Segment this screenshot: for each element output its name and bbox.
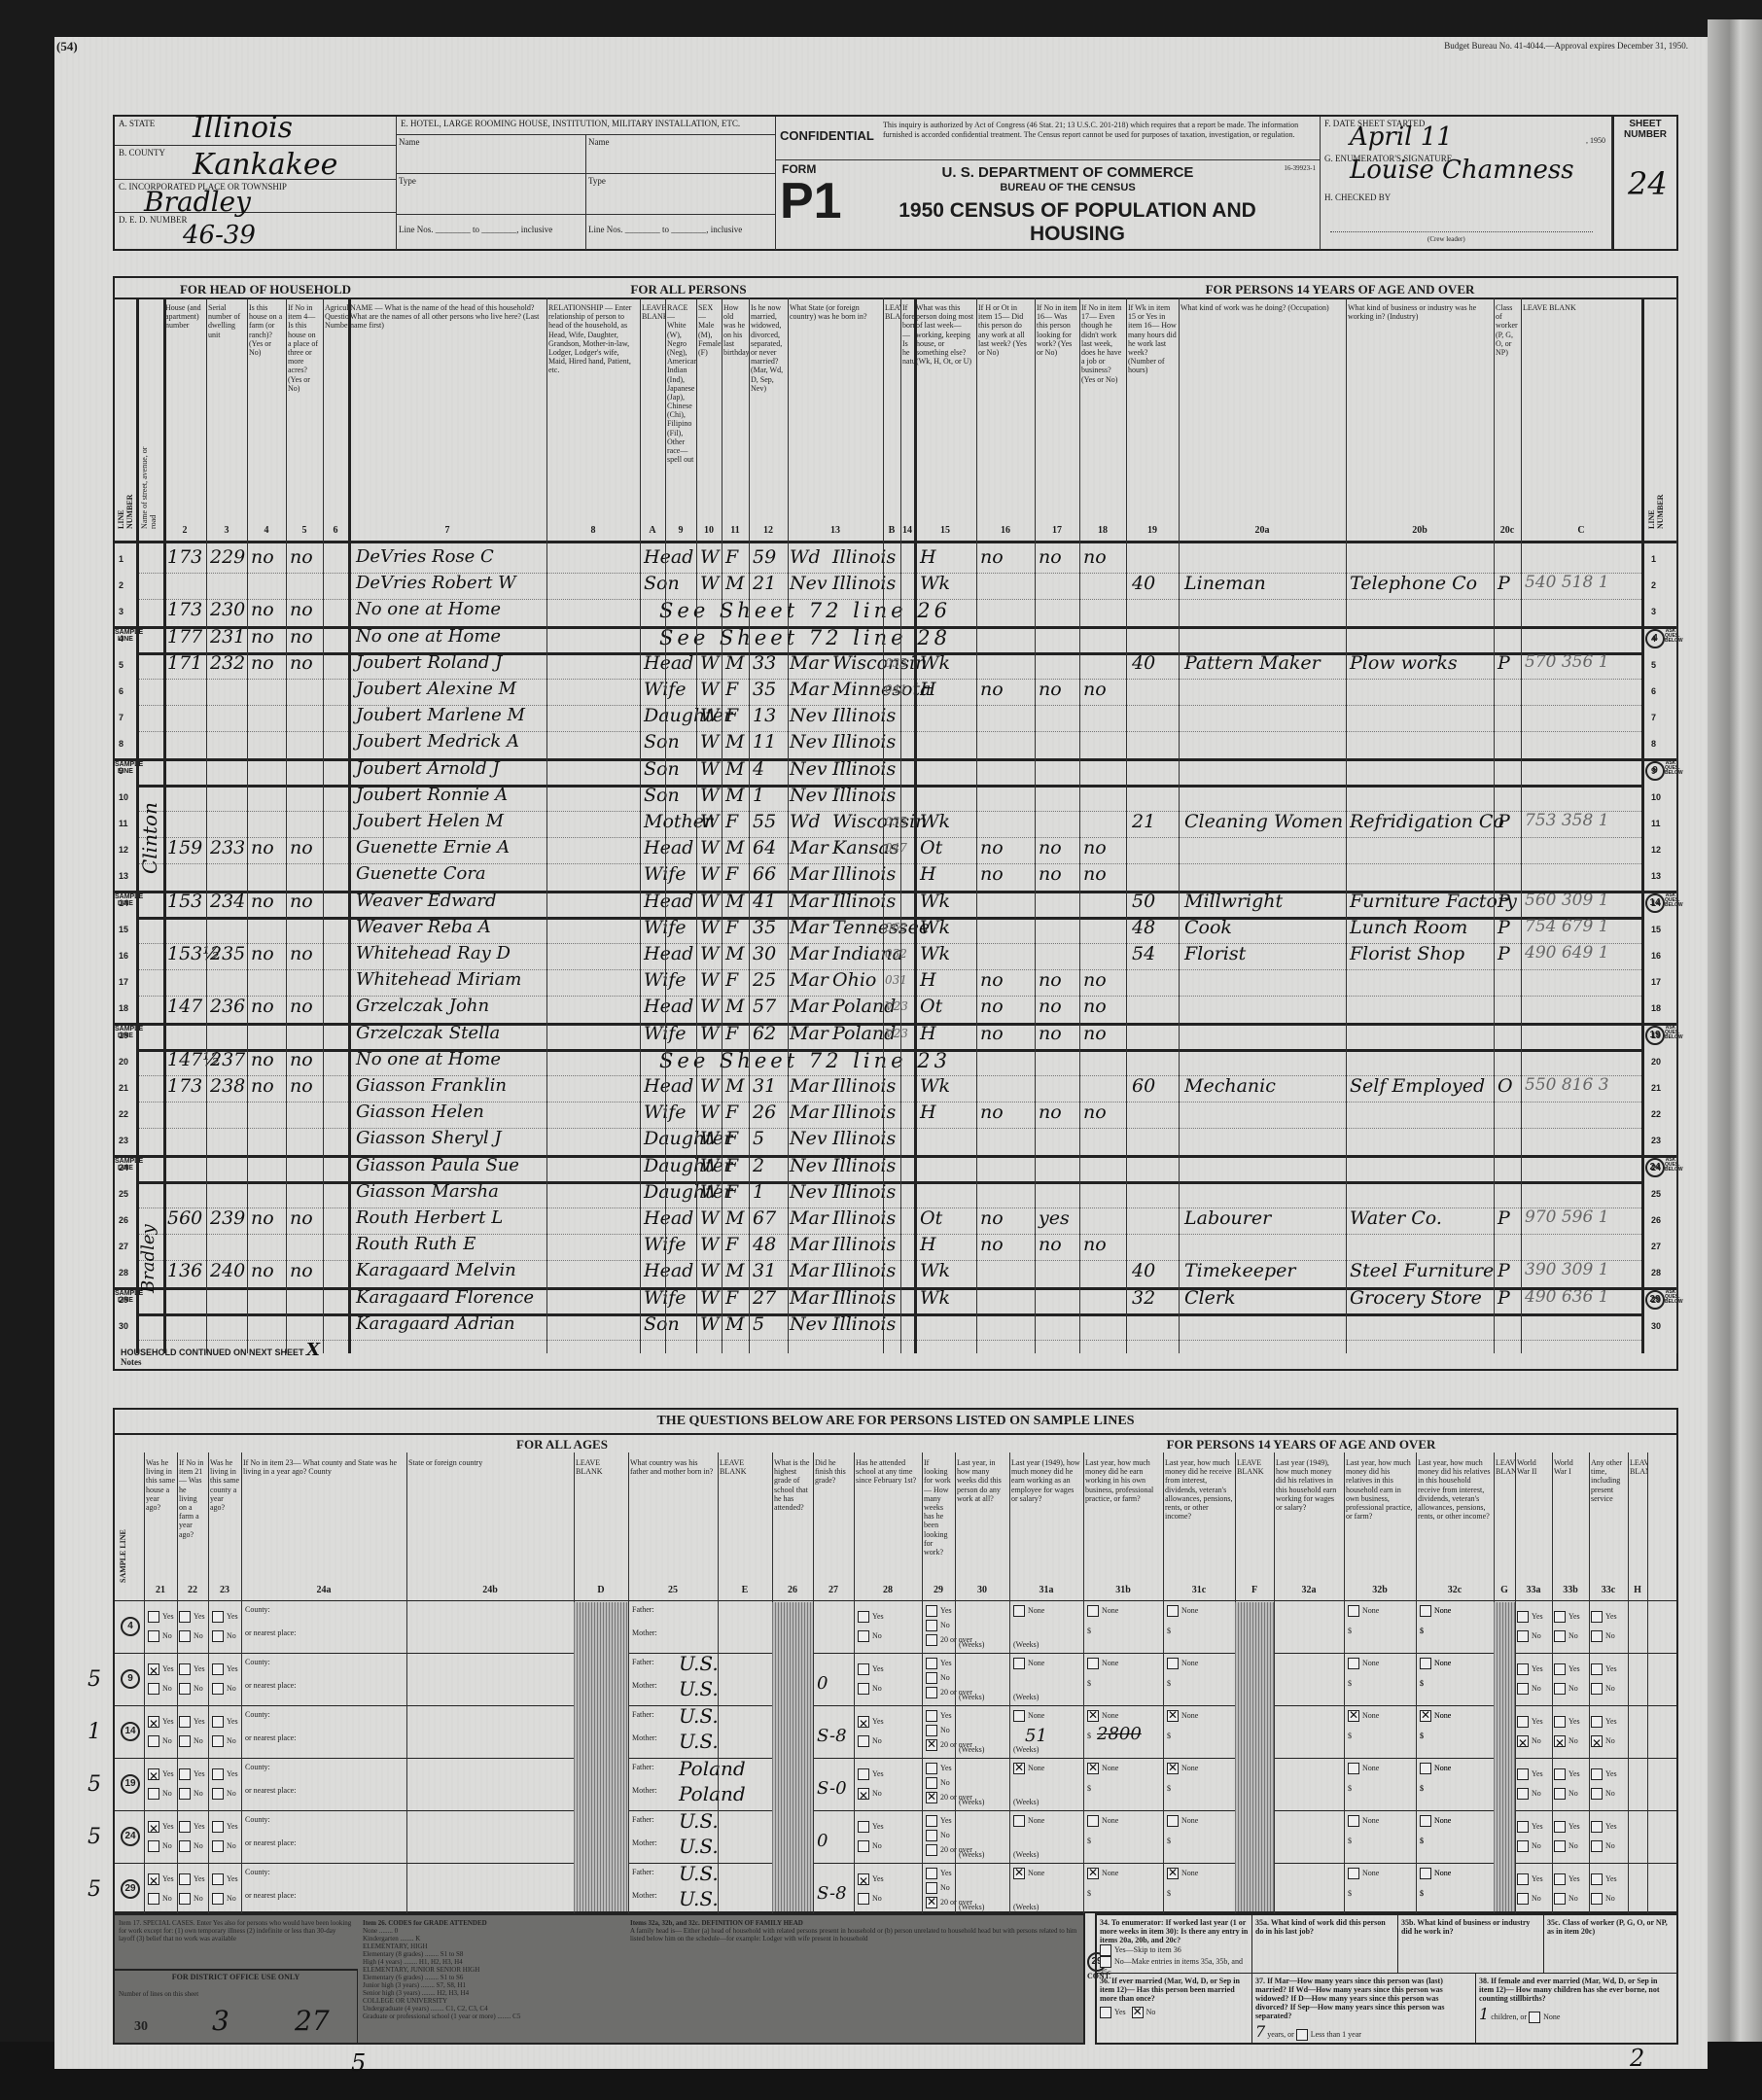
race: W xyxy=(700,1313,720,1335)
yes-no-checkbox-group[interactable]: YesNo xyxy=(179,1607,205,1646)
yes-checkbox[interactable] xyxy=(1517,1611,1529,1623)
income-none-group[interactable]: None xyxy=(1348,1815,1379,1827)
no-checkbox[interactable] xyxy=(212,1840,224,1852)
income-none-group[interactable]: None xyxy=(1420,1605,1451,1617)
looking-for-work: no xyxy=(1039,1023,1062,1044)
column-number: 11 xyxy=(722,525,749,536)
armed-forces-group[interactable]: YesNo xyxy=(1517,1712,1543,1751)
yes-checkbox[interactable] xyxy=(179,1821,191,1833)
yes-no-checkbox-group[interactable]: YesNo xyxy=(212,1607,238,1646)
no-checkbox[interactable] xyxy=(1554,1630,1566,1642)
yes-checkbox[interactable] xyxy=(179,1768,191,1780)
none-checkbox[interactable] xyxy=(1013,1710,1025,1722)
no-checkbox[interactable] xyxy=(148,1840,159,1852)
column-number: 4 xyxy=(247,525,286,536)
school-yes-checkbox[interactable] xyxy=(926,1710,937,1722)
lower-column-number: 31b xyxy=(1083,1585,1163,1595)
finish-yes-checkbox[interactable] xyxy=(858,1716,869,1728)
income-none-group[interactable]: None xyxy=(1013,1605,1044,1617)
column-divider xyxy=(348,297,351,1353)
none-checkbox[interactable] xyxy=(1420,1763,1431,1774)
yes-no-checkbox-group[interactable]: YesNo xyxy=(148,1712,174,1751)
yes-no-checkbox-group[interactable]: YesNo xyxy=(148,1817,174,1856)
income-none-group[interactable]: None xyxy=(1167,1605,1198,1617)
birthplace-code: 035 xyxy=(885,815,907,828)
sex: F xyxy=(725,863,738,885)
income-none-group[interactable]: None xyxy=(1420,1763,1451,1774)
income-none-group[interactable]: None xyxy=(1348,1605,1379,1617)
no-checkbox[interactable] xyxy=(1554,1788,1566,1800)
armed-forces-group[interactable]: YesNo xyxy=(1554,1712,1580,1751)
school-20-over-checkbox[interactable] xyxy=(926,1792,937,1803)
activity: H xyxy=(920,969,936,991)
yes-checkbox[interactable] xyxy=(1591,1821,1603,1833)
school-no-checkbox[interactable] xyxy=(926,1882,937,1894)
none-checkbox[interactable] xyxy=(1013,1605,1025,1617)
yes-checkbox[interactable] xyxy=(1554,1768,1566,1780)
armed-forces-group[interactable]: YesNo xyxy=(1591,1712,1617,1751)
income-none-group[interactable]: None xyxy=(1087,1605,1118,1617)
finish-no-checkbox[interactable] xyxy=(858,1630,869,1642)
school-no-checkbox[interactable] xyxy=(926,1830,937,1841)
income-none-group[interactable]: None xyxy=(1348,1710,1379,1722)
none-checkbox[interactable] xyxy=(1420,1710,1431,1722)
none-label: None xyxy=(1434,1659,1451,1667)
none-checkbox[interactable] xyxy=(1420,1815,1431,1827)
house-number: 177 xyxy=(167,626,202,647)
no-checkbox[interactable] xyxy=(1591,1683,1603,1695)
yes-checkbox[interactable] xyxy=(212,1611,224,1623)
activity: H xyxy=(920,863,936,885)
yes-no-checkbox-group[interactable]: YesNo xyxy=(148,1607,174,1646)
worked-last-week: no xyxy=(980,969,1004,991)
lower-column-number: 27 xyxy=(813,1585,854,1595)
no-checkbox[interactable] xyxy=(179,1893,191,1905)
yes-checkbox[interactable] xyxy=(1554,1663,1566,1675)
none-checkbox[interactable] xyxy=(1013,1868,1025,1879)
none-checkbox[interactable] xyxy=(1348,1658,1359,1669)
looking-for-work: no xyxy=(1039,1234,1062,1255)
income-none-group[interactable]: None xyxy=(1167,1815,1198,1827)
yes-checkbox[interactable] xyxy=(1517,1821,1529,1833)
no-checkbox[interactable] xyxy=(148,1788,159,1800)
armed-forces-group[interactable]: YesNo xyxy=(1517,1817,1543,1856)
income-none-group[interactable]: None xyxy=(1013,1868,1044,1879)
yes-checkbox[interactable] xyxy=(148,1821,159,1833)
school-20-over-checkbox[interactable] xyxy=(926,1844,937,1856)
census-title: 1950 CENSUS OF POPULATION AND HOUSING xyxy=(863,199,1291,246)
yes-checkbox[interactable] xyxy=(179,1873,191,1885)
mother-birthplace: U.S. xyxy=(679,1835,719,1858)
armed-forces-group[interactable]: YesNo xyxy=(1591,1870,1617,1908)
armed-forces-group[interactable]: YesNo xyxy=(1554,1870,1580,1908)
class-of-worker: P xyxy=(1498,652,1510,674)
yes-no-checkbox-group[interactable]: YesNo xyxy=(179,1870,205,1908)
lower-column-header: Last year (1949), how much money did he … xyxy=(1009,1456,1083,1581)
yes-checkbox[interactable] xyxy=(1591,1716,1603,1728)
column-number: B xyxy=(883,525,900,536)
no-label: No xyxy=(227,1894,236,1903)
birthplace: Illinois xyxy=(832,1102,896,1123)
lower-column-number: 30 xyxy=(955,1585,1009,1595)
no-checkbox[interactable] xyxy=(179,1840,191,1852)
no-checkbox[interactable] xyxy=(212,1735,224,1747)
income-none-group[interactable]: None xyxy=(1087,1763,1118,1774)
income-none-group[interactable]: None xyxy=(1167,1763,1198,1774)
line-number-right: 30 xyxy=(1651,1321,1661,1331)
income-none-group[interactable]: None xyxy=(1420,1710,1451,1722)
school-yes-checkbox[interactable] xyxy=(926,1658,937,1669)
none-checkbox[interactable] xyxy=(1167,1605,1179,1617)
yes-label: Yes xyxy=(227,1717,238,1726)
none-label: None xyxy=(1181,1816,1198,1825)
yes-checkbox[interactable] xyxy=(212,1873,224,1885)
none-checkbox[interactable] xyxy=(1087,1605,1099,1617)
yes-checkbox[interactable] xyxy=(212,1821,224,1833)
father-label: Father: xyxy=(632,1658,654,1666)
income-none-group[interactable]: None xyxy=(1348,1868,1379,1879)
no-checkbox[interactable] xyxy=(1554,1840,1566,1852)
finish-grade-group[interactable]: YesNo xyxy=(858,1660,884,1698)
line-number: 21 xyxy=(119,1083,128,1093)
no-checkbox[interactable] xyxy=(1517,1630,1529,1642)
none-checkbox[interactable] xyxy=(1167,1868,1179,1879)
yes-checkbox[interactable] xyxy=(1517,1873,1529,1885)
dwelling-serial: 229 xyxy=(210,546,245,568)
armed-forces-group[interactable]: YesNo xyxy=(1517,1660,1543,1698)
yes-no-checkbox-group[interactable]: YesNo xyxy=(212,1870,238,1908)
yes-checkbox[interactable] xyxy=(212,1716,224,1728)
finish-grade-group[interactable]: YesNo xyxy=(858,1607,884,1646)
column-header: Is he now married, widowed, divorced, se… xyxy=(749,301,788,521)
yes-label: Yes xyxy=(227,1612,238,1621)
weeks-label: (Weeks) xyxy=(1013,1693,1039,1701)
none-checkbox[interactable] xyxy=(1348,1710,1359,1722)
birthplace: Illinois xyxy=(832,1181,896,1203)
armed-forces-group[interactable]: YesNo xyxy=(1554,1817,1580,1856)
income-none-group[interactable]: None xyxy=(1087,1815,1118,1827)
no-label: No xyxy=(194,1684,203,1693)
yes-label: Yes xyxy=(227,1769,238,1778)
q34-yes-checkbox[interactable] xyxy=(1100,1944,1111,1956)
marital-status: Nev xyxy=(790,573,828,594)
column-number: C xyxy=(1521,525,1641,536)
no-checkbox[interactable] xyxy=(148,1893,159,1905)
q36-no-checkbox[interactable] xyxy=(1132,2007,1144,2018)
line-number-label-right: LINE NUMBER xyxy=(1645,472,1674,531)
none-checkbox[interactable] xyxy=(1167,1763,1179,1774)
sample-line-tag: SAMPLE LINE xyxy=(115,1290,136,1304)
dwelling-serial: 237 xyxy=(210,1049,245,1070)
sex: F xyxy=(725,1287,738,1309)
form-code: 16-39923-1 xyxy=(1284,164,1316,172)
finish-grade-group[interactable]: YesNo xyxy=(858,1765,884,1803)
school-yes-checkbox[interactable] xyxy=(926,1763,937,1774)
yes-no-checkbox-group[interactable]: YesNo xyxy=(179,1712,205,1751)
finish-yes-checkbox[interactable] xyxy=(858,1768,869,1780)
income-none-group[interactable]: None xyxy=(1420,1658,1451,1669)
yes-no-checkbox-group[interactable]: YesNo xyxy=(148,1765,174,1803)
school-no-checkbox[interactable] xyxy=(926,1672,937,1684)
line-number: 12 xyxy=(119,845,128,855)
weeks-label: (Weeks) xyxy=(959,1798,984,1806)
no-checkbox[interactable] xyxy=(1591,1735,1603,1747)
income-none-group[interactable]: None xyxy=(1013,1763,1044,1774)
none-checkbox[interactable] xyxy=(1087,1763,1099,1774)
armed-forces-group[interactable]: YesNo xyxy=(1517,1607,1543,1646)
none-checkbox[interactable] xyxy=(1348,1605,1359,1617)
income-none-group[interactable]: None xyxy=(1167,1868,1198,1879)
finish-grade-group[interactable]: YesNo xyxy=(858,1817,884,1856)
no-checkbox[interactable] xyxy=(179,1683,191,1695)
continued-checkbox[interactable]: X xyxy=(306,1340,320,1360)
yes-checkbox[interactable] xyxy=(148,1716,159,1728)
column-divider xyxy=(1628,1452,1629,1913)
yes-label: Yes xyxy=(1568,1769,1580,1778)
finish-grade-group[interactable]: YesNo xyxy=(858,1712,884,1751)
occupation: Timekeeper xyxy=(1184,1260,1296,1281)
none-checkbox[interactable] xyxy=(1087,1868,1099,1879)
dollar-line: $ xyxy=(1420,1784,1424,1793)
armed-forces-group[interactable]: YesNo xyxy=(1591,1765,1617,1803)
yes-checkbox[interactable] xyxy=(179,1716,191,1728)
school-yes-checkbox[interactable] xyxy=(926,1605,937,1617)
none-checkbox[interactable] xyxy=(1013,1815,1025,1827)
yes-no-checkbox-group[interactable]: YesNo xyxy=(148,1660,174,1698)
yes-checkbox[interactable] xyxy=(148,1873,159,1885)
grade-codes: Item 26. CODES for GRADE ATTENDED None .… xyxy=(363,1919,616,2020)
income-none-group[interactable]: None xyxy=(1348,1763,1379,1774)
no-checkbox[interactable] xyxy=(179,1788,191,1800)
none-checkbox[interactable] xyxy=(1348,1815,1359,1827)
none-checkbox[interactable] xyxy=(1167,1815,1179,1827)
race: W xyxy=(700,1207,720,1229)
finish-no-checkbox[interactable] xyxy=(858,1683,869,1695)
none-checkbox[interactable] xyxy=(1348,1763,1359,1774)
yes-label: Yes xyxy=(1532,1769,1543,1778)
race: W xyxy=(700,1234,720,1255)
school-20-over-checkbox[interactable] xyxy=(926,1687,937,1698)
looking-for-work: no xyxy=(1039,969,1062,991)
armed-forces-group[interactable]: YesNo xyxy=(1554,1607,1580,1646)
finish-no-checkbox[interactable] xyxy=(858,1735,869,1747)
school-20-over-checkbox[interactable] xyxy=(926,1897,937,1908)
school-no-checkbox[interactable] xyxy=(926,1725,937,1736)
armed-forces-group[interactable]: YesNo xyxy=(1591,1660,1617,1698)
yes-no-checkbox-group[interactable]: YesNo xyxy=(179,1660,205,1698)
no-checkbox[interactable] xyxy=(1517,1735,1529,1747)
line-number: 13 xyxy=(119,871,128,881)
income-none-group[interactable]: None xyxy=(1087,1868,1118,1879)
no-checkbox[interactable] xyxy=(1554,1683,1566,1695)
dwelling-serial: 238 xyxy=(210,1075,245,1097)
farm-answer: no xyxy=(251,1207,274,1229)
income-none-group[interactable]: None xyxy=(1013,1658,1044,1669)
marital-status: Mar xyxy=(790,1023,828,1044)
yes-label: Yes xyxy=(872,1664,884,1673)
armed-forces-group[interactable]: YesNo xyxy=(1517,1870,1543,1908)
no-checkbox[interactable] xyxy=(1554,1735,1566,1747)
none-checkbox[interactable] xyxy=(1420,1605,1431,1617)
none-checkbox[interactable] xyxy=(1167,1658,1179,1669)
weeks-label: (Weeks) xyxy=(1013,1745,1039,1754)
yes-no-checkbox-group[interactable]: YesNo xyxy=(212,1817,238,1856)
yes-checkbox[interactable] xyxy=(212,1768,224,1780)
yes-checkbox[interactable] xyxy=(148,1768,159,1780)
no-checkbox[interactable] xyxy=(148,1630,159,1642)
marital-status: Mar xyxy=(790,996,828,1017)
income-none-group[interactable]: None xyxy=(1087,1710,1118,1722)
lower-column-header: Last year, how much money did his relati… xyxy=(1416,1456,1494,1581)
no-checkbox[interactable] xyxy=(148,1735,159,1747)
sample-questions-title: THE QUESTIONS BELOW ARE FOR PERSONS LIST… xyxy=(115,1414,1676,1429)
weeks-label: (Weeks) xyxy=(959,1693,984,1701)
none-checkbox[interactable] xyxy=(1087,1710,1099,1722)
column-number: 16 xyxy=(976,525,1035,536)
none-checkbox[interactable] xyxy=(1013,1763,1025,1774)
line-number: 8 xyxy=(119,739,123,749)
race: W xyxy=(700,1155,720,1176)
line-number: 30 xyxy=(119,1321,128,1331)
street-name-clinton: Clinton xyxy=(138,566,161,1110)
person-name: Guenette Ernie A xyxy=(356,837,510,857)
none-checkbox[interactable] xyxy=(1087,1658,1099,1669)
no-checkbox[interactable] xyxy=(212,1893,224,1905)
income-none-group[interactable]: None xyxy=(1420,1815,1451,1827)
armed-forces-group[interactable]: YesNo xyxy=(1591,1817,1617,1856)
sex: F xyxy=(725,969,738,991)
no-checkbox[interactable] xyxy=(1591,1840,1603,1852)
finish-yes-checkbox[interactable] xyxy=(858,1873,869,1885)
marital-status: Mar xyxy=(790,863,828,885)
q38-none-checkbox[interactable] xyxy=(1529,2012,1540,2023)
income-none-group[interactable]: None xyxy=(1087,1658,1118,1669)
no-checkbox[interactable] xyxy=(212,1788,224,1800)
income-none-group[interactable]: None xyxy=(1167,1658,1198,1669)
yes-checkbox[interactable] xyxy=(1591,1873,1603,1885)
income-none-group[interactable]: None xyxy=(1420,1868,1451,1879)
yes-checkbox[interactable] xyxy=(1591,1663,1603,1675)
finish-yes-checkbox[interactable] xyxy=(858,1663,869,1675)
lower-column-number: 32c xyxy=(1416,1585,1494,1595)
weeks-label: (Weeks) xyxy=(959,1640,984,1649)
no-checkbox[interactable] xyxy=(179,1630,191,1642)
yes-no-checkbox-group[interactable]: YesNo xyxy=(179,1817,205,1856)
age: 30 xyxy=(753,943,776,964)
finish-yes-checkbox[interactable] xyxy=(858,1611,869,1623)
school-yes-checkbox[interactable] xyxy=(926,1868,937,1879)
finish-no-checkbox[interactable] xyxy=(858,1788,869,1800)
no-checkbox[interactable] xyxy=(1517,1840,1529,1852)
finish-no-checkbox[interactable] xyxy=(858,1893,869,1905)
office-code: 540 518 1 xyxy=(1525,573,1609,592)
school-yes-checkbox[interactable] xyxy=(926,1815,937,1827)
income-none-group[interactable]: None xyxy=(1167,1710,1198,1722)
yes-checkbox[interactable] xyxy=(1591,1611,1603,1623)
income-none-group[interactable]: None xyxy=(1348,1658,1379,1669)
yes-checkbox[interactable] xyxy=(148,1663,159,1675)
finish-yes-checkbox[interactable] xyxy=(858,1821,869,1833)
yes-checkbox[interactable] xyxy=(179,1663,191,1675)
no-checkbox[interactable] xyxy=(1554,1893,1566,1905)
column-divider xyxy=(854,1452,855,1913)
county-label: County: xyxy=(245,1868,270,1876)
age: 13 xyxy=(753,705,776,726)
yes-checkbox[interactable] xyxy=(1554,1821,1566,1833)
no-checkbox[interactable] xyxy=(1517,1683,1529,1695)
activity: Ot xyxy=(920,837,942,858)
grade-code-item: Graduate or professional school (1 year … xyxy=(363,2012,616,2020)
none-checkbox[interactable] xyxy=(1420,1658,1431,1669)
none-checkbox[interactable] xyxy=(1013,1658,1025,1669)
finish-grade-group[interactable]: YesNo xyxy=(858,1870,884,1908)
no-checkbox[interactable] xyxy=(1517,1893,1529,1905)
yes-checkbox[interactable] xyxy=(1554,1716,1566,1728)
q34-no-checkbox[interactable] xyxy=(1100,1956,1111,1968)
yes-checkbox[interactable] xyxy=(1554,1873,1566,1885)
no-checkbox[interactable] xyxy=(1591,1630,1603,1642)
yes-checkbox[interactable] xyxy=(1517,1768,1529,1780)
armed-forces-group[interactable]: YesNo xyxy=(1554,1765,1580,1803)
yes-no-checkbox-group[interactable]: YesNo xyxy=(212,1765,238,1803)
age: 35 xyxy=(753,917,776,938)
none-checkbox[interactable] xyxy=(1420,1868,1431,1879)
yes-checkbox[interactable] xyxy=(1554,1611,1566,1623)
no-checkbox[interactable] xyxy=(212,1683,224,1695)
none-checkbox[interactable] xyxy=(1087,1815,1099,1827)
age: 25 xyxy=(753,969,776,991)
marital-status: Nev xyxy=(790,785,828,806)
none-checkbox[interactable] xyxy=(1167,1710,1179,1722)
school-20-over-checkbox[interactable] xyxy=(926,1634,937,1646)
yes-no-checkbox-group[interactable]: YesNo xyxy=(212,1712,238,1751)
no-checkbox[interactable] xyxy=(148,1683,159,1695)
armed-forces-group[interactable]: YesNo xyxy=(1517,1765,1543,1803)
no-checkbox[interactable] xyxy=(179,1735,191,1747)
race: W xyxy=(700,996,720,1017)
yes-checkbox[interactable] xyxy=(212,1663,224,1675)
school-no-checkbox[interactable] xyxy=(926,1620,937,1631)
yes-checkbox[interactable] xyxy=(148,1611,159,1623)
q37-less-checkbox[interactable] xyxy=(1296,2029,1308,2041)
notes-label: Notes xyxy=(121,1357,142,1367)
yes-checkbox[interactable] xyxy=(1517,1716,1529,1728)
school-no-checkbox[interactable] xyxy=(926,1777,937,1789)
no-checkbox[interactable] xyxy=(1591,1788,1603,1800)
none-checkbox[interactable] xyxy=(1348,1868,1359,1879)
no-checkbox[interactable] xyxy=(1517,1788,1529,1800)
armed-forces-group[interactable]: YesNo xyxy=(1554,1660,1580,1698)
yes-checkbox[interactable] xyxy=(179,1611,191,1623)
q36-yes-checkbox[interactable] xyxy=(1100,2007,1111,2018)
income-none-group[interactable]: None xyxy=(1013,1710,1044,1722)
no-checkbox[interactable] xyxy=(1591,1893,1603,1905)
yes-no-checkbox-group[interactable]: YesNo xyxy=(148,1870,174,1908)
yes-checkbox[interactable] xyxy=(1517,1663,1529,1675)
yes-no-checkbox-group[interactable]: YesNo xyxy=(179,1765,205,1803)
yes-checkbox[interactable] xyxy=(1591,1768,1603,1780)
person-name: Routh Herbert L xyxy=(356,1207,503,1228)
yes-no-checkbox-group[interactable]: YesNo xyxy=(212,1660,238,1698)
armed-forces-group[interactable]: YesNo xyxy=(1591,1607,1617,1646)
income-none-group[interactable]: None xyxy=(1013,1815,1044,1827)
grade-code-item: ELEMENTARY, JUNIOR SENIOR HIGH xyxy=(363,1966,616,1974)
school-20-over-checkbox[interactable] xyxy=(926,1739,937,1751)
activity: H xyxy=(920,1102,936,1123)
no-checkbox[interactable] xyxy=(212,1630,224,1642)
finish-no-checkbox[interactable] xyxy=(858,1840,869,1852)
father-label: Father: xyxy=(632,1605,654,1614)
